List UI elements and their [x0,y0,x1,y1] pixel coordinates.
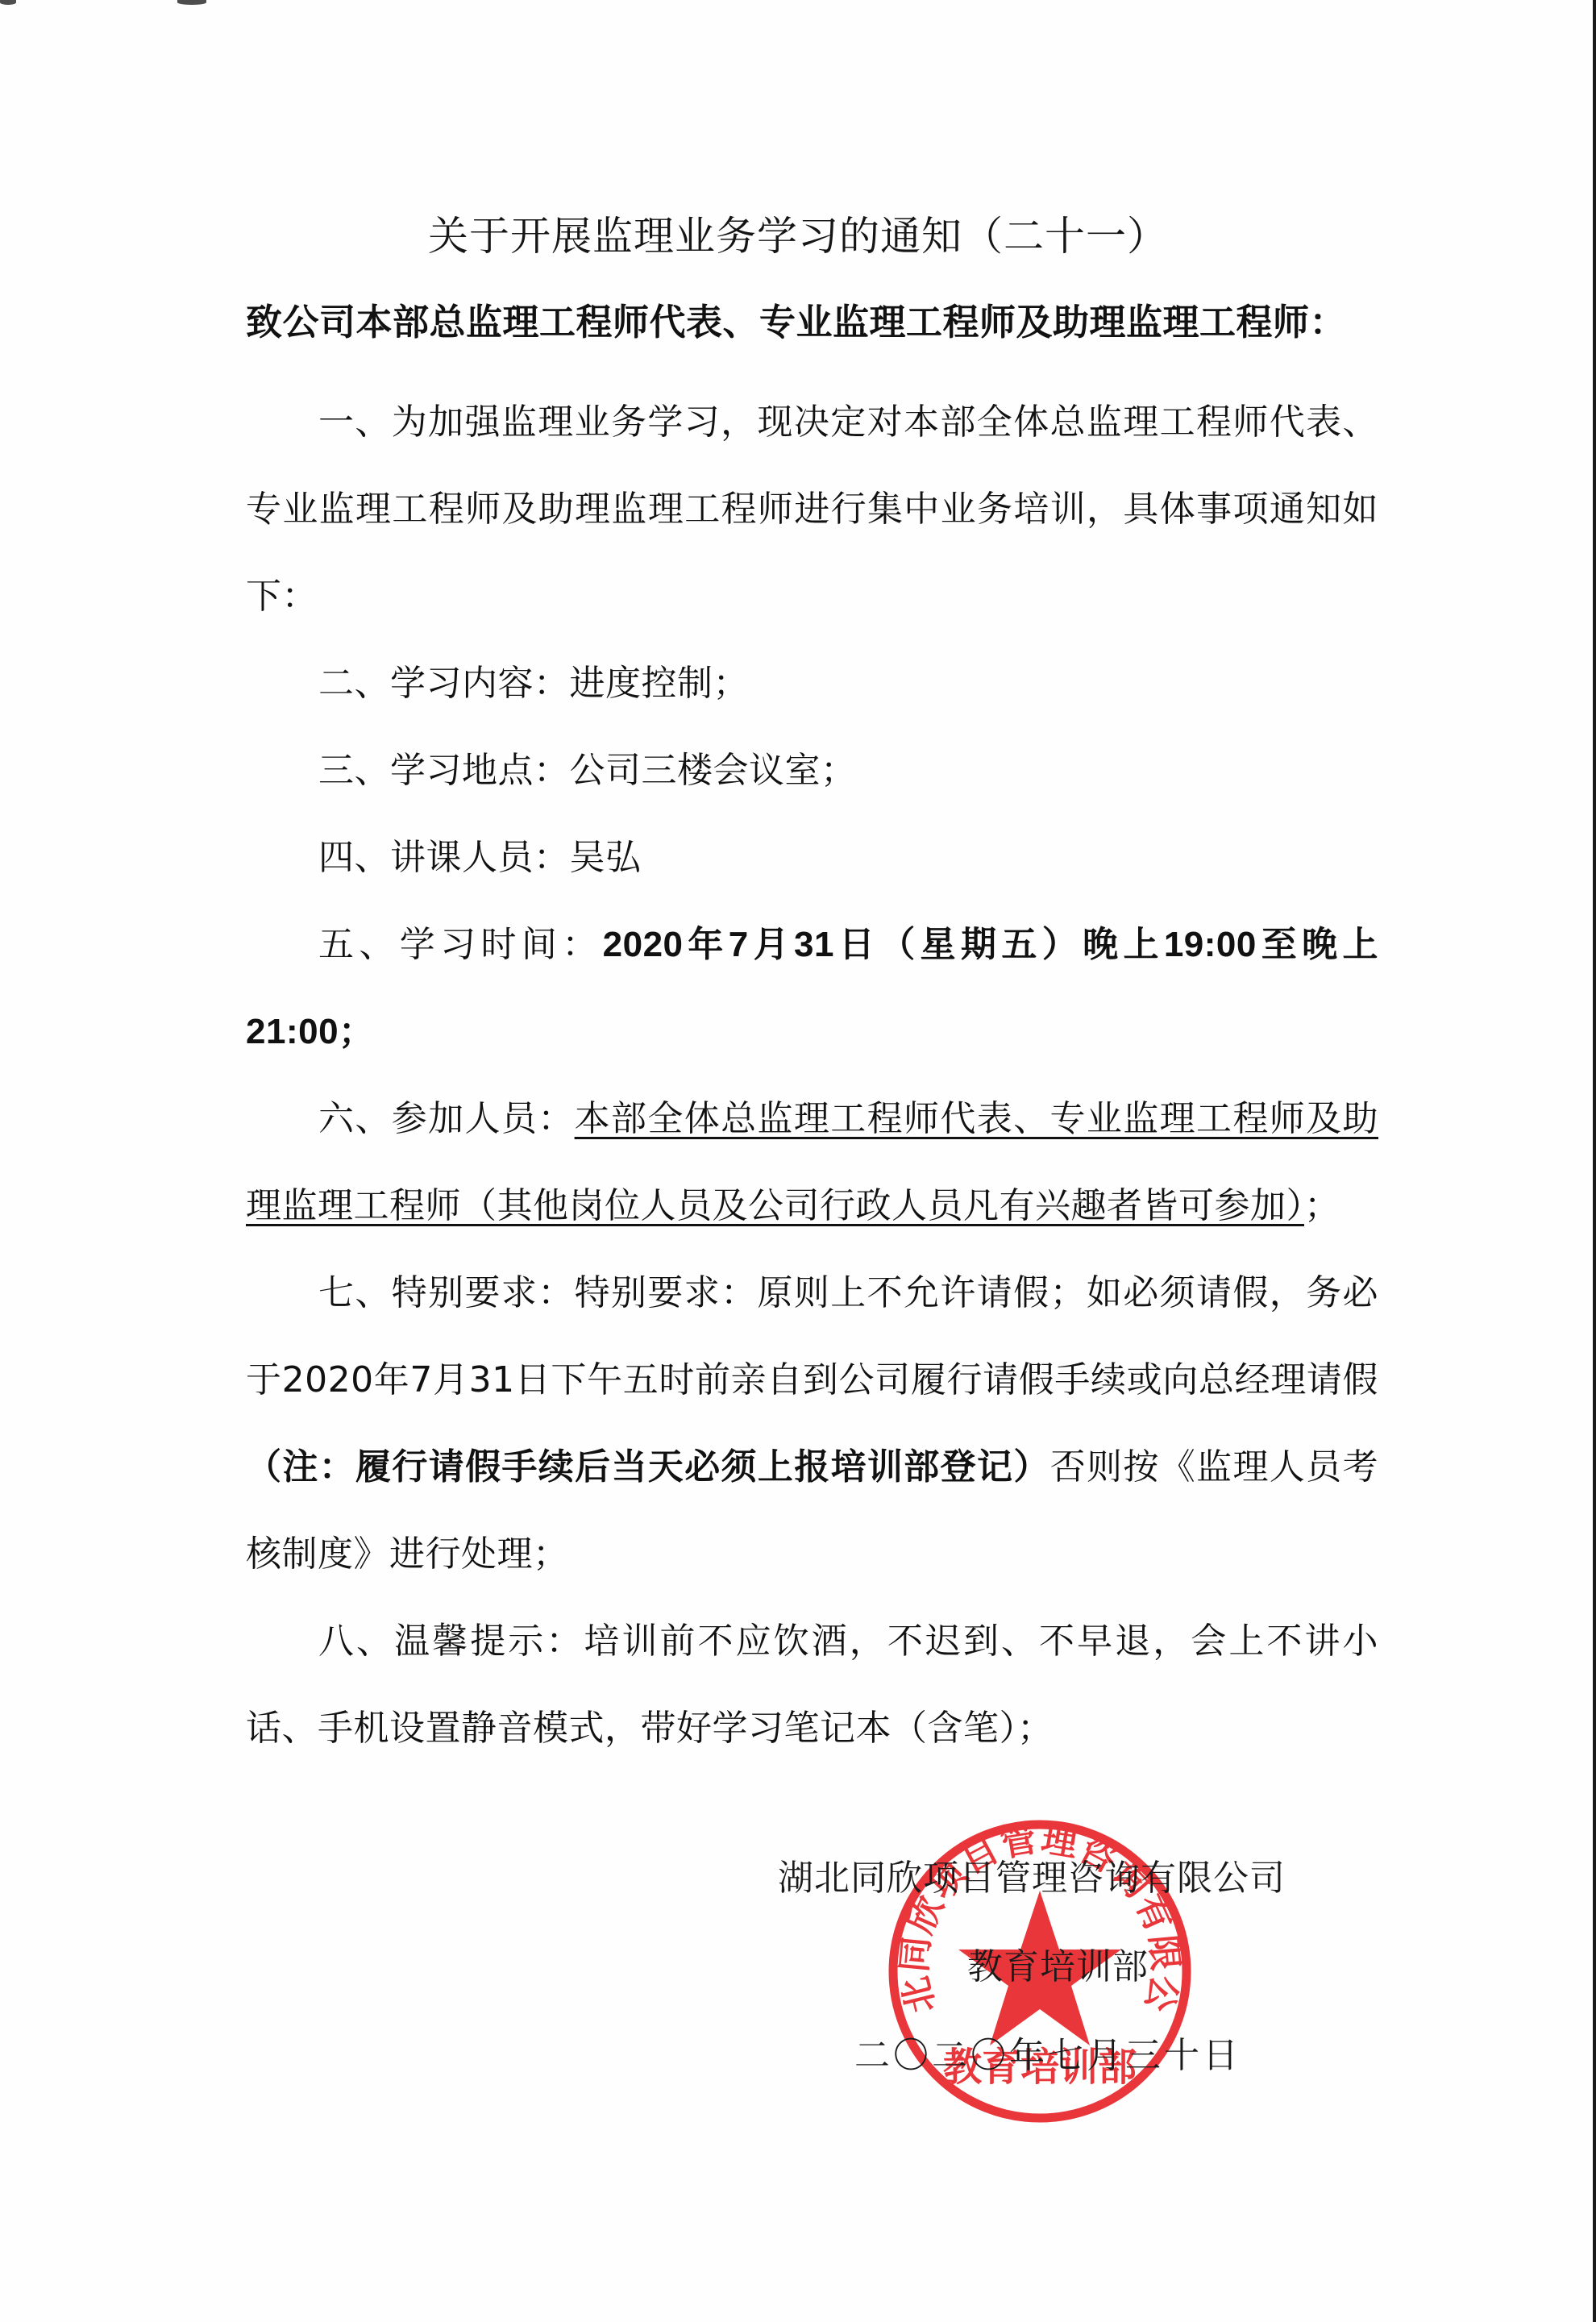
section-six-label: 六、参加人员： [318,1098,575,1139]
scan-artifact [177,0,206,5]
section-two: 二、学习内容：进度控制； [246,640,1378,727]
section-five: 五、学习时间：2020年7月31日（星期五）晚上19:00至晚上21:00； [246,901,1378,1076]
section-three: 三、学习地点：公司三楼会议室； [246,727,1378,814]
section-six: 六、参加人员：本部全体总监理工程师代表、专业监理工程师及助理监理工程师（其他岗位… [246,1076,1378,1250]
section-two-value: 进度控制； [570,663,750,704]
section-eight: 八、温馨提示：培训前不应饮酒，不迟到、不早退，会上不讲小话、手机设置静音模式，带… [246,1598,1378,1772]
scan-artifact [0,0,16,5]
section-five-label: 五、学习时间： [318,924,603,965]
document-page: 关于开展监理业务学习的通知（二十一） 致公司本部总监理工程师代表、专业监理工程师… [0,0,1596,2322]
section-one: 一、为加强监理业务学习，现决定对本部全体总监理工程师代表、专业监理工程师及助理监… [246,379,1378,640]
section-seven-note: （注：履行请假手续后当天必须上报培训部登记） [246,1446,1050,1488]
document-body: 一、为加强监理业务学习，现决定对本部全体总监理工程师代表、专业监理工程师及助理监… [246,379,1378,1772]
signature-date: 二〇二〇年七月三十日 [854,2032,1241,2080]
section-eight-label: 八、温馨提示： [318,1621,584,1662]
section-seven-label: 七、特别要求： [318,1272,575,1313]
section-six-suffix: ； [1304,1185,1340,1226]
signature-company: 湖北同欣项目管理咨询有限公司 [778,1854,1286,1903]
section-four: 四、讲课人员：吴弘 [246,814,1378,901]
scan-edge [1593,0,1596,2322]
section-three-label: 三、学习地点： [318,750,570,791]
addressee: 致公司本部总监理工程师代表、专业监理工程师及助理监理工程师： [246,294,1390,351]
signature-department: 教育培训部 [967,1943,1149,1991]
section-four-value: 吴弘 [570,837,642,878]
section-one-text: 一、为加强监理业务学习，现决定对本部全体总监理工程师代表、专业监理工程师及助理监… [246,402,1378,617]
document-title: 关于开展监理业务学习的通知（二十一） [0,208,1596,264]
section-three-value: 公司三楼会议室； [570,750,857,791]
section-seven: 七、特别要求：特别要求：原则上不允许请假；如必须请假，务必于2020年7月31日… [246,1250,1378,1598]
section-two-label: 二、学习内容： [318,663,570,704]
section-four-label: 四、讲课人员： [318,837,570,878]
